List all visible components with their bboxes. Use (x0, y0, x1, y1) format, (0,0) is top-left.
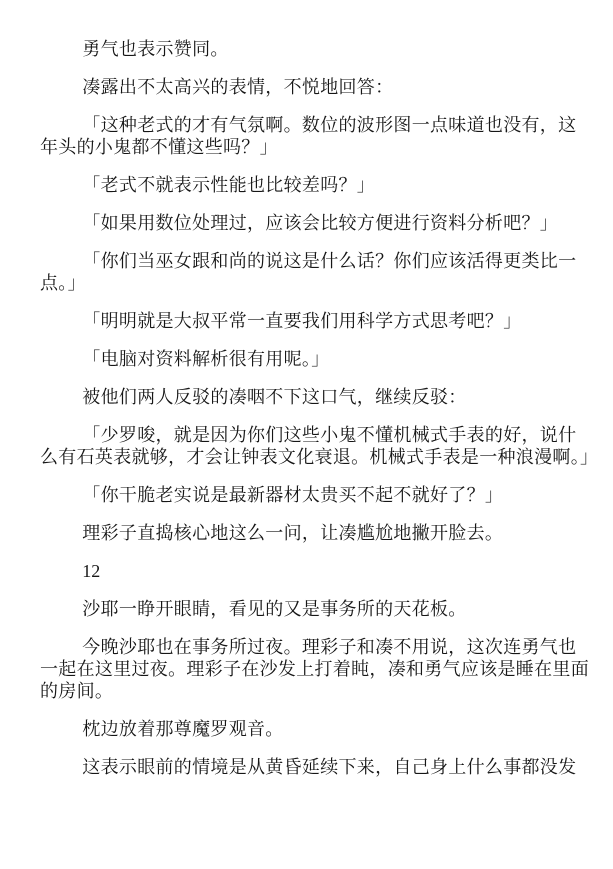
paragraph-dialogue: 「明明就是大叔平常一直要我们用科学方式思考吧？」 (40, 310, 591, 332)
paragraph-dialogue: 「这种老式的才有气氛啊。数位的波形图一点味道也没有，这年头的小鬼都不懂这些吗？」 (40, 114, 591, 158)
paragraph: 今晚沙耶也在事务所过夜。理彩子和凑不用说，这次连勇气也一起在这里过夜。理彩子在沙… (40, 636, 591, 702)
paragraph-dialogue: 「如果用数位处理过，应该会比较方便进行资料分析吧？」 (40, 212, 591, 234)
paragraph: 理彩子直捣核心地这么一问，让凑尴尬地撇开脸去。 (40, 522, 591, 544)
paragraph: 凑露出不太高兴的表情，不悦地回答： (40, 76, 591, 98)
paragraph-dialogue: 「电脑对资料解析很有用呢。」 (40, 348, 591, 370)
paragraph: 这表示眼前的情境是从黄昏延续下来，自己身上什么事都没发 (40, 756, 591, 778)
paragraph-dialogue: 「老式不就表示性能也比较差吗？」 (40, 174, 591, 196)
paragraph: 被他们两人反驳的凑咽不下这口气，继续反驳： (40, 386, 591, 408)
book-page: 勇气也表示赞同。 凑露出不太高兴的表情，不悦地回答： 「这种老式的才有气氛啊。数… (0, 0, 613, 869)
section-number: 12 (40, 560, 591, 582)
paragraph: 沙耶一睁开眼睛，看见的又是事务所的天花板。 (40, 598, 591, 620)
paragraph: 枕边放着那尊魔罗观音。 (40, 718, 591, 740)
paragraph: 勇气也表示赞同。 (40, 38, 591, 60)
paragraph-dialogue: 「你们当巫女跟和尚的说这是什么话？你们应该活得更类比一点。」 (40, 250, 591, 294)
paragraph-dialogue: 「你干脆老实说是最新器材太贵买不起不就好了？」 (40, 484, 591, 506)
paragraph-dialogue: 「少罗唆，就是因为你们这些小鬼不懂机械式手表的好，说什么有石英表就够，才会让钟表… (40, 424, 591, 468)
